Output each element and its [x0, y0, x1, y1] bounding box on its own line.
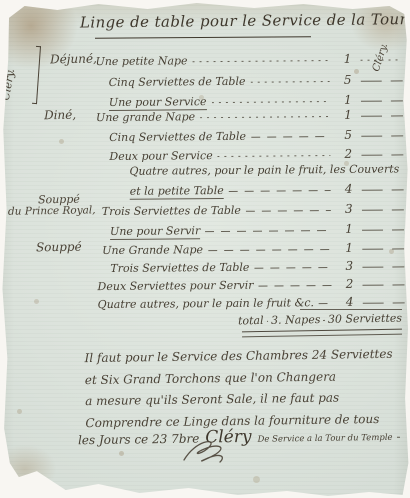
dash-leader	[258, 278, 331, 289]
total-double-rule	[242, 329, 402, 338]
linen-row: Cinq Serviettes de Table 5	[41, 127, 403, 144]
title-underline	[95, 36, 311, 39]
row-text: Une Grande Nape	[102, 243, 203, 257]
row-value: 3	[336, 202, 362, 216]
row-text: Une petite Nape	[95, 54, 187, 68]
row-text: Cinq Serviettes de Table	[109, 75, 246, 89]
linen-row: Une Grande Nape 1	[42, 240, 404, 257]
linen-row: Quatre autres, pour le pain le fruit &c.…	[43, 294, 405, 311]
trailing-rule	[362, 260, 404, 270]
row-value: 2	[335, 147, 361, 161]
row-value: 3	[336, 259, 362, 273]
document-title: Linge de table pour le Service de la Tou…	[80, 10, 376, 31]
trailing-rule	[362, 278, 404, 288]
linen-row: Une pour Servir 1	[42, 221, 404, 240]
signature-flourish-icon	[176, 436, 238, 466]
linen-row: Une petite Nape 1	[40, 51, 402, 68]
row-text: Deux Serviettes pour Servir	[97, 279, 253, 293]
trailing-rule	[361, 74, 403, 84]
trailing-rule	[362, 183, 404, 193]
row-text: Quatre autres, pour le pain le fruit, le…	[129, 162, 399, 177]
trailing-rule	[361, 94, 403, 104]
signature-name: Cléry	[205, 427, 252, 448]
row-value: 1	[335, 93, 361, 107]
trailing-rule	[361, 129, 403, 139]
row-value: 5	[335, 73, 361, 87]
total-napes: 3. Napes	[271, 313, 321, 327]
margin-note-cleery-right: Cléry.	[371, 42, 390, 73]
dash-leader	[205, 223, 331, 234]
dotted-leader	[218, 148, 331, 159]
row-text: Trois Serviettes de Table	[110, 261, 249, 275]
note-line: Il faut pour le Service des Chambres 24 …	[84, 344, 384, 370]
row-text: Une pour Service	[109, 95, 207, 111]
signature-rule	[396, 427, 400, 440]
note-line: Comprendre ce Linge dans la fourniture d…	[85, 408, 385, 434]
paper-stain	[0, 0, 96, 86]
trailing-rule	[362, 203, 404, 213]
dotted-leader	[211, 94, 330, 105]
linen-row: et la petite Table 4	[42, 181, 404, 200]
row-value: 1	[336, 241, 362, 255]
paper-freckles	[0, 0, 3, 3]
margin-bracket	[32, 46, 41, 104]
meal-label-souppe-prince-1: Souppé	[38, 193, 80, 207]
total-label: total	[238, 314, 264, 327]
margin-note-cleery-left: Cléry.	[0, 68, 17, 102]
meal-label-dejeune: Déjuné,	[50, 52, 97, 67]
dash-leader	[246, 203, 331, 214]
linen-row: Quatre autres, pour le pain le fruit, le…	[41, 162, 403, 178]
trailing-rule	[361, 109, 403, 119]
row-value: 1	[334, 52, 360, 66]
row-value: 5	[335, 128, 361, 142]
row-text: Une grande Nape	[96, 110, 195, 124]
note-line: a mesure qu'ils Seront Sale, il ne faut …	[85, 387, 385, 413]
row-text: Quatre autres, pour le pain le fruit &c.	[98, 296, 314, 311]
row-text: Trois Serviettes de Table	[102, 204, 241, 218]
manuscript-photo: Linge de table pour le Service de la Tou…	[0, 0, 410, 498]
meal-label-souppe: Souppé	[36, 240, 82, 255]
linen-row: Trois Serviettes de Table 3	[42, 258, 404, 275]
row-value: 1	[335, 108, 361, 122]
row-text: Cinq Serviettes de Table	[109, 130, 246, 144]
total-dash	[266, 314, 268, 324]
total-serviettes: 30 Serviettes	[328, 312, 402, 326]
trailing-rule	[363, 296, 405, 306]
dash-leader	[319, 296, 332, 306]
dash-leader	[229, 183, 331, 194]
signature-date: les Jours ce 23 7bre	[78, 432, 199, 448]
row-value: 2	[336, 277, 362, 291]
linen-row: Une grande Nape 1	[41, 107, 403, 124]
meal-label-souppe-prince-2: du Prince Royal,	[8, 204, 96, 218]
signature-line: les Jours ce 23 7bre Cléry De Service a …	[78, 425, 400, 449]
row-text: Une pour Servir	[110, 224, 200, 240]
dotted-leader	[200, 109, 330, 120]
meal-label-dine: Diné,	[44, 108, 76, 123]
dash-leader	[251, 129, 330, 140]
note-paragraph: Il faut pour le Service des Chambres 24 …	[84, 344, 385, 434]
row-text: Deux pour Service	[109, 149, 212, 163]
trailing-dots	[360, 53, 402, 63]
linen-list: Une petite Nape 1 Cinq Serviettes de Tab…	[40, 0, 402, 2]
total-dash	[323, 313, 325, 323]
linen-row: Une pour Service 1	[41, 92, 403, 111]
row-value: 4	[337, 295, 363, 309]
dotted-leader	[192, 53, 329, 64]
paper-sheet: Linge de table pour le Service de la Tou…	[0, 0, 410, 498]
linen-row: Deux Serviettes pour Servir 2	[42, 276, 404, 293]
total-row: total 3. Napes 30 Serviettes	[238, 312, 402, 328]
paper-stain	[336, 0, 410, 64]
row-text: et la petite Table	[130, 184, 224, 200]
dash-leader	[208, 242, 331, 253]
trailing-rule	[362, 242, 404, 252]
linen-row: Cinq Serviettes de Table 5	[41, 72, 403, 89]
dash-leader	[254, 260, 331, 271]
dotted-leader	[250, 74, 329, 85]
linen-row: Trois Serviettes de Table 3	[42, 201, 404, 218]
trailing-rule	[362, 223, 404, 233]
row-value: 1	[336, 222, 362, 236]
pre-total-rule	[300, 309, 402, 310]
trailing-rule	[361, 148, 403, 158]
signature-role: De Service a la Tour du Temple	[257, 433, 392, 445]
note-line: et Six Grand Torchons que l'on Changera	[85, 365, 385, 391]
paper-stain	[0, 434, 70, 498]
row-value: 4	[336, 182, 362, 196]
linen-row: Deux pour Service 2	[41, 146, 403, 163]
